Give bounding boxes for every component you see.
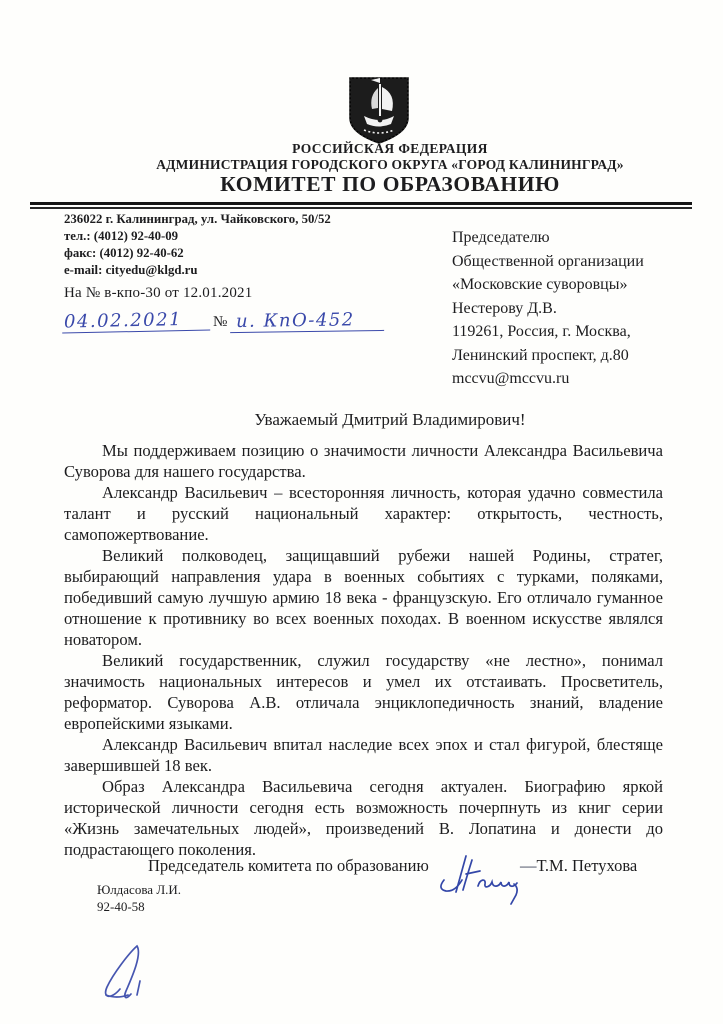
- handwritten-number: и. КпО-452: [230, 309, 384, 333]
- letterhead-committee-title: КОМИТЕТ ПО ОБРАЗОВАНИЮ: [60, 172, 720, 197]
- number-symbol: №: [210, 314, 230, 332]
- contact-fax: факс: (4012) 92-40-62: [64, 245, 331, 262]
- handwritten-date: 04.02.2021: [62, 308, 210, 333]
- recipient-line: Нестерову Д.В.: [452, 297, 644, 321]
- recipient-email: mccvu@mccvu.ru: [452, 367, 644, 391]
- letter-body: Мы поддерживаем позицию о значимости лич…: [64, 440, 663, 860]
- executor-phone: 92-40-58: [97, 899, 181, 916]
- body-paragraph: Великий государственник, служил государс…: [64, 650, 663, 734]
- body-paragraph: Образ Александра Васильевича сегодня акт…: [64, 776, 663, 860]
- body-paragraph: Великий полководец, защищавший рубежи на…: [64, 545, 663, 650]
- body-paragraph: Мы поддерживаем позицию о значимости лич…: [64, 440, 663, 482]
- signer-name: —Т.М. Петухова: [520, 856, 637, 876]
- handwritten-paraph-icon: [92, 933, 176, 1013]
- signer-name-text: Т.М. Петухова: [537, 856, 638, 875]
- contact-phone: тел.: (4012) 92-40-09: [64, 228, 331, 245]
- letterhead-administration: АДМИНИСТРАЦИЯ ГОРОДСКОГО ОКРУГА «ГОРОД К…: [60, 157, 720, 173]
- signer-position-title: Председатель комитета по образованию: [148, 856, 429, 876]
- recipient-line: Председателю: [452, 226, 644, 250]
- body-paragraph: Александр Васильевич впитал наследие все…: [64, 734, 663, 776]
- letterhead-country: РОССИЙСКАЯ ФЕДЕРАЦИЯ: [60, 141, 720, 157]
- executor-name: Юлдасова Л.И.: [97, 882, 181, 899]
- contact-address: 236022 г. Калининград, ул. Чайковского, …: [64, 211, 331, 228]
- registration-line: 04.02.2021 № и. КпО-452: [62, 300, 384, 332]
- recipient-line: Общественной организации: [452, 250, 644, 274]
- salutation: Уважаемый Дмитрий Владимирович!: [60, 410, 720, 430]
- recipient-block: Председателю Общественной организации «М…: [452, 226, 644, 391]
- recipient-line: Ленинский проспект, д.80: [452, 344, 644, 368]
- contact-email: e-mail: cityedu@klgd.ru: [64, 262, 331, 279]
- signature-ink-icon: [436, 850, 528, 906]
- recipient-line: 119261, Россия, г. Москва,: [452, 320, 644, 344]
- signature-dash: —: [520, 856, 537, 875]
- recipient-line: «Московские суворовцы»: [452, 273, 644, 297]
- executor-block: Юлдасова Л.И. 92-40-58: [97, 882, 181, 915]
- contact-block: 236022 г. Калининград, ул. Чайковского, …: [64, 211, 331, 302]
- kaliningrad-coat-of-arms-icon: [346, 74, 412, 146]
- letterhead-divider: [30, 202, 692, 209]
- scanned-letter-page: РОССИЙСКАЯ ФЕДЕРАЦИЯ АДМИНИСТРАЦИЯ ГОРОД…: [0, 0, 723, 1024]
- body-paragraph: Александр Васильевич – всесторонняя личн…: [64, 482, 663, 545]
